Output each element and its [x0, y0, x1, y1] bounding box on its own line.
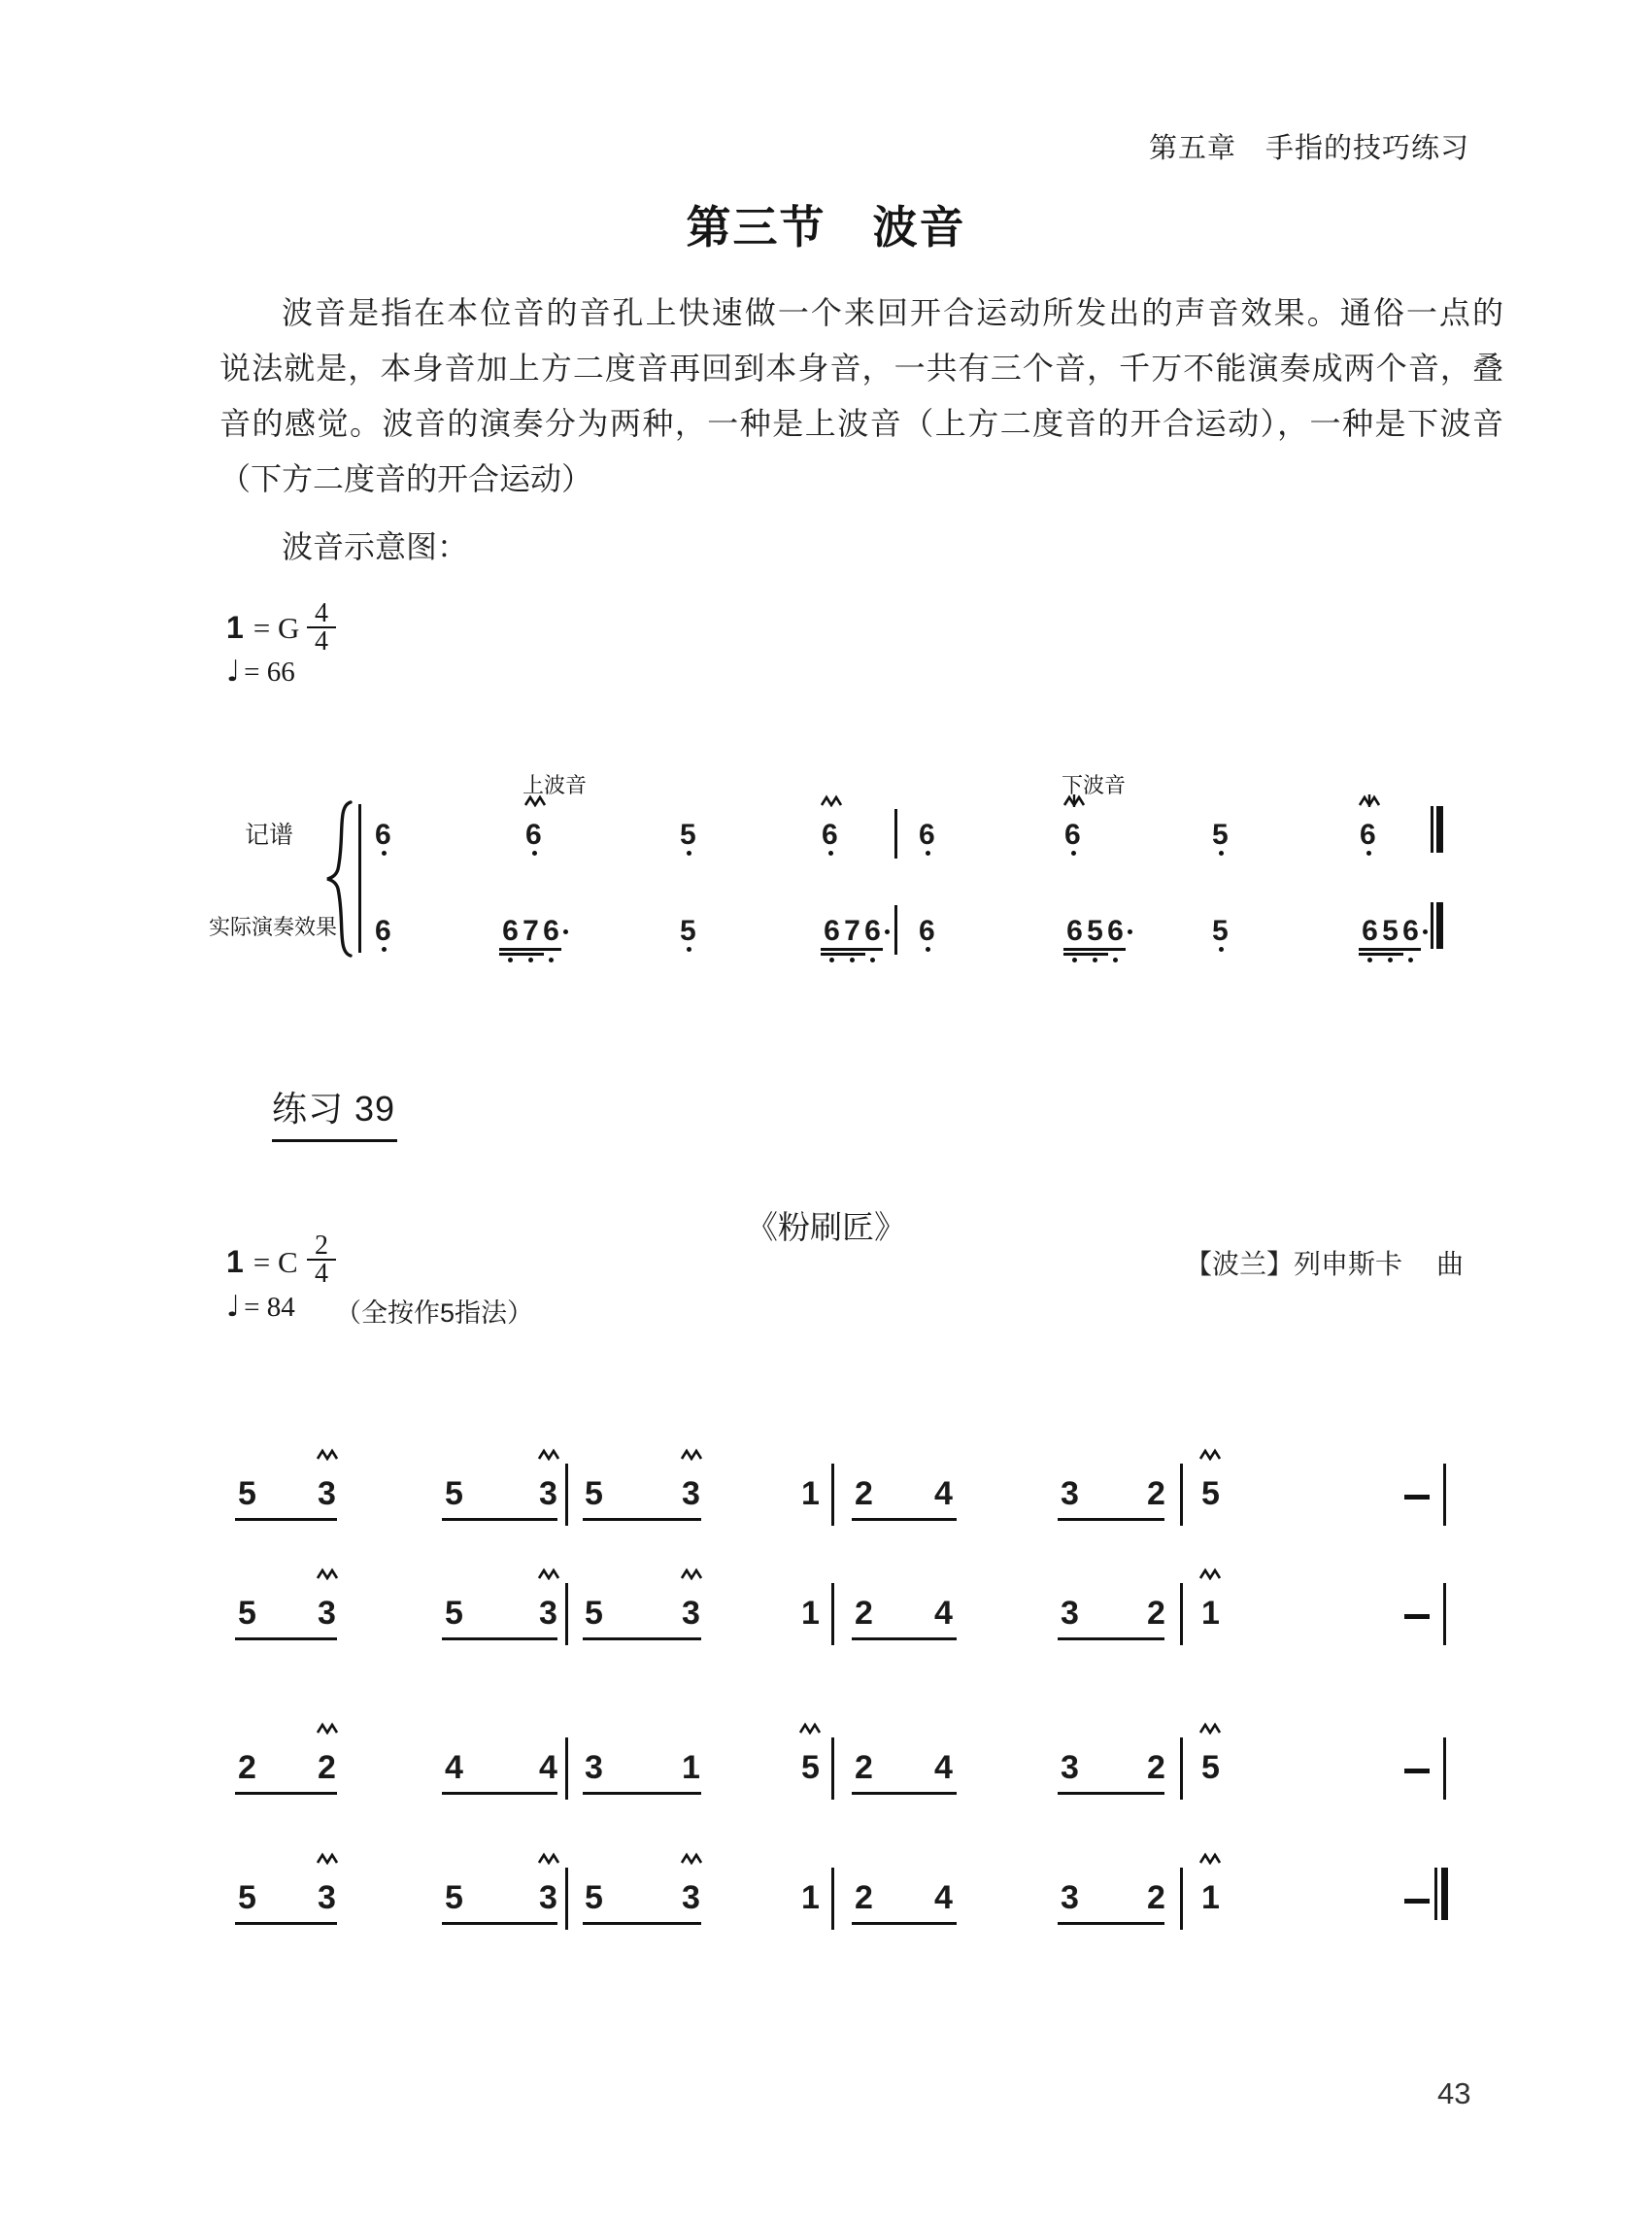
- note: 3: [682, 1597, 700, 1630]
- octave-dot: [926, 947, 930, 952]
- note: 3: [682, 1881, 700, 1914]
- octave-dot: [1408, 958, 1413, 962]
- note: 5: [585, 1477, 603, 1510]
- note: 3: [585, 1751, 603, 1784]
- dash-rest: [1404, 1899, 1430, 1904]
- octave-dot: [1113, 958, 1118, 962]
- note: 3: [539, 1881, 557, 1914]
- barline: [894, 809, 897, 859]
- barline: [1180, 1868, 1183, 1930]
- octave-dot: [528, 958, 533, 962]
- note-digit: 5: [680, 915, 696, 947]
- note: 4: [445, 1751, 463, 1784]
- section-title: 第三节 波音: [0, 192, 1652, 256]
- octave-dot: [508, 958, 513, 962]
- note-digit: 7: [842, 917, 862, 946]
- note: 5: [585, 1597, 603, 1630]
- upper-mordent-icon: [680, 1568, 703, 1580]
- octave-dot: [828, 851, 833, 856]
- upper-mordent-icon: [680, 1448, 703, 1461]
- upper-mordent-icon: [316, 1448, 339, 1461]
- final-barline: [1441, 1868, 1448, 1920]
- note-digit: 6: [500, 917, 521, 946]
- note: 1: [1201, 1597, 1220, 1630]
- note: 3: [1061, 1477, 1079, 1510]
- note: 2: [855, 1881, 873, 1914]
- paragraph-line: 音的感觉。波音的演奏分为两种，一种是上波音（上方二度音的开合运动），一种是下波音: [219, 396, 1503, 452]
- barline: [894, 905, 897, 955]
- upper-mordent-icon: [316, 1568, 339, 1580]
- exercise-meter-fraction: 24: [305, 1233, 338, 1286]
- note: 3: [318, 1477, 336, 1510]
- octave-dot: [1219, 851, 1224, 856]
- book-page: 第五章 手指的技巧练习 第三节 波音 波音是指在本位音的音孔上快速做一个来回开合…: [0, 0, 1652, 2225]
- dash-rest: [1404, 1495, 1430, 1500]
- tempo-value: = 66: [244, 657, 295, 688]
- note: 3: [1061, 1597, 1079, 1630]
- augmentation-dot: [1423, 929, 1428, 934]
- upper-mordent-icon: [798, 1722, 822, 1735]
- note-digit: 6: [919, 819, 935, 851]
- note-digit: 6: [375, 915, 391, 947]
- note-digit: 6: [862, 917, 883, 946]
- beam-underline: [583, 1922, 701, 1925]
- beam-underline: [583, 1518, 701, 1521]
- octave-dot: [1219, 947, 1224, 952]
- demo-meter-fraction: 44: [305, 601, 338, 654]
- octave-dot: [382, 947, 387, 952]
- demo-effect-group: 676: [822, 917, 883, 946]
- barline: [831, 1583, 834, 1645]
- note: 4: [539, 1751, 557, 1784]
- beam-underline: [235, 1518, 337, 1521]
- exercise-key-signature: 1= C: [226, 1244, 298, 1280]
- octave-dot: [382, 851, 387, 856]
- beam-underline: [583, 1637, 701, 1640]
- final-barline: [1436, 806, 1443, 853]
- demo-effect-group: 676: [500, 917, 561, 946]
- exercise-label: 练习 39: [272, 1082, 397, 1142]
- octave-dot: [532, 851, 537, 856]
- meter-numerator: 2: [305, 1233, 338, 1258]
- note: 1: [801, 1477, 820, 1510]
- effect-row-label: 实际演奏效果: [209, 911, 337, 941]
- beam-underline: [499, 953, 544, 956]
- note: 3: [539, 1477, 557, 1510]
- diagram-label: 波音示意图：: [282, 523, 468, 567]
- demo-note: 6: [1360, 821, 1376, 850]
- note-digit: 6: [541, 917, 561, 946]
- meter-numerator: 4: [305, 601, 338, 625]
- note: 5: [585, 1881, 603, 1914]
- upper-mordent-icon: [537, 1568, 560, 1580]
- note: 5: [1201, 1477, 1220, 1510]
- beam-underline: [1359, 953, 1403, 956]
- demo-note: 6: [375, 917, 391, 946]
- note: 3: [318, 1881, 336, 1914]
- note-digit: 5: [1212, 819, 1229, 851]
- note-digit: 6: [525, 819, 542, 851]
- beam-underline: [235, 1922, 337, 1925]
- beam-underline: [1058, 1637, 1164, 1640]
- demo-note: 6: [375, 821, 391, 850]
- octave-dot: [829, 958, 834, 962]
- final-barline: [1436, 902, 1443, 949]
- beam-underline: [1359, 948, 1421, 951]
- quarter-note-icon: ♩: [226, 655, 240, 689]
- beam-underline: [442, 1518, 557, 1521]
- note-digit: 6: [1064, 917, 1085, 946]
- upper-mordent-icon: [316, 1852, 339, 1865]
- paragraph-line: 波音是指在本位音的音孔上快速做一个来回开合运动所发出的声音效果。通俗一点的: [219, 286, 1503, 341]
- note-digit: 6: [1400, 917, 1421, 946]
- note: 3: [1061, 1751, 1079, 1784]
- demo-note: 6: [919, 917, 935, 946]
- upper-mordent-icon: [1198, 1852, 1222, 1865]
- lower-mordent-icon: [1358, 794, 1381, 807]
- note: 1: [801, 1881, 820, 1914]
- note: 3: [318, 1597, 336, 1630]
- demo-note: 5: [680, 821, 696, 850]
- demo-note: 5: [1212, 917, 1229, 946]
- note: 2: [1147, 1751, 1165, 1784]
- note: 5: [238, 1477, 256, 1510]
- note: 2: [1147, 1881, 1165, 1914]
- note: 2: [318, 1751, 336, 1784]
- upper-mordent-icon: [523, 794, 547, 807]
- beam-underline: [852, 1922, 957, 1925]
- beam-underline: [235, 1792, 337, 1795]
- barline: [1180, 1583, 1183, 1645]
- key-number: 1: [226, 1244, 244, 1279]
- beam-underline: [499, 948, 561, 951]
- octave-dot: [1388, 958, 1393, 962]
- final-barline: [1431, 902, 1433, 949]
- key-equals: = G: [253, 611, 300, 645]
- running-header: 第五章 手指的技巧练习: [1149, 126, 1469, 166]
- demo-note: 5: [1212, 821, 1229, 850]
- demo-note: 6: [822, 821, 838, 850]
- augmentation-dot: [885, 929, 890, 934]
- note: 1: [801, 1597, 820, 1630]
- page-number: 43: [1437, 2076, 1470, 2111]
- barline: [1443, 1737, 1446, 1800]
- demo-note: 6: [525, 821, 542, 850]
- note: 5: [445, 1881, 463, 1914]
- note: 3: [539, 1597, 557, 1630]
- note: 4: [934, 1751, 953, 1784]
- note: 2: [1147, 1477, 1165, 1510]
- upper-mordent-icon: [680, 1852, 703, 1865]
- demo-key-signature: 1= G: [226, 610, 299, 646]
- octave-dot: [1367, 958, 1372, 962]
- beam-underline: [852, 1518, 957, 1521]
- note: 1: [1201, 1881, 1220, 1914]
- barline: [565, 1737, 568, 1800]
- demo-tempo-marking: ♩= 66: [226, 655, 295, 689]
- note: 5: [238, 1597, 256, 1630]
- note-digit: 5: [1085, 917, 1105, 946]
- note-digit: 6: [822, 917, 842, 946]
- octave-dot: [926, 851, 930, 856]
- note: 3: [1061, 1881, 1079, 1914]
- composer-credit: 【波兰】列申斯卡 曲: [1185, 1243, 1464, 1282]
- upper-mordent-icon: [537, 1448, 560, 1461]
- key-number: 1: [226, 610, 244, 645]
- song-title: 《粉刷匠》: [0, 1202, 1652, 1248]
- upper-mordent-icon: [1198, 1722, 1222, 1735]
- beam-underline: [442, 1637, 557, 1640]
- beam-underline: [1063, 953, 1108, 956]
- beam-underline: [852, 1637, 957, 1640]
- tempo-value: = 84: [244, 1292, 295, 1323]
- barline: [831, 1868, 834, 1930]
- note: 5: [445, 1597, 463, 1630]
- meter-denominator: 4: [305, 1262, 338, 1286]
- exercise-tempo-marking: ♩= 84: [226, 1290, 295, 1324]
- note: 2: [1147, 1597, 1165, 1630]
- octave-dot: [687, 947, 691, 952]
- demo-note: 6: [1064, 821, 1081, 850]
- octave-dot: [549, 958, 554, 962]
- note-digit: 6: [1360, 917, 1380, 946]
- note-digit: 6: [1105, 917, 1126, 946]
- octave-dot: [687, 851, 691, 856]
- upper-mordent-icon: [1198, 1448, 1222, 1461]
- dash-rest: [1404, 1769, 1430, 1773]
- octave-dot: [1366, 851, 1371, 856]
- beam-underline: [821, 948, 883, 951]
- octave-dot: [870, 958, 875, 962]
- note: 5: [801, 1751, 820, 1784]
- barline: [831, 1737, 834, 1800]
- note: 5: [445, 1477, 463, 1510]
- barline: [1443, 1464, 1446, 1526]
- note-digit: 5: [1380, 917, 1400, 946]
- upper-mordent-icon: [537, 1852, 560, 1865]
- beam-underline: [852, 1792, 957, 1795]
- note-digit: 6: [1360, 819, 1376, 851]
- meter-denominator: 4: [305, 629, 338, 654]
- note-digit: 6: [375, 819, 391, 851]
- note-digit: 6: [919, 915, 935, 947]
- beam-underline: [442, 1792, 557, 1795]
- barline: [831, 1464, 834, 1526]
- note-digit: 6: [1064, 819, 1081, 851]
- note-digit: 6: [822, 819, 838, 851]
- beam-underline: [235, 1637, 337, 1640]
- note: 4: [934, 1477, 953, 1510]
- note: 5: [238, 1881, 256, 1914]
- barline: [565, 1868, 568, 1930]
- beam-underline: [1058, 1922, 1164, 1925]
- key-equals: = C: [253, 1245, 298, 1279]
- final-barline: [1431, 806, 1433, 853]
- note: 5: [1201, 1751, 1220, 1784]
- quarter-note-icon: ♩: [226, 1290, 240, 1324]
- octave-dot: [850, 958, 855, 962]
- note: 2: [855, 1477, 873, 1510]
- lower-mordent-icon: [1062, 794, 1086, 807]
- beam-underline: [583, 1792, 701, 1795]
- system-brace-icon: [323, 799, 354, 959]
- upper-mordent-icon: [1198, 1568, 1222, 1580]
- demo-effect-group: 656: [1360, 917, 1421, 946]
- octave-dot: [1072, 958, 1077, 962]
- note-digit: 5: [1212, 915, 1229, 947]
- notation-row-label: 记谱: [245, 816, 293, 851]
- note: 1: [682, 1751, 700, 1784]
- note: 4: [934, 1597, 953, 1630]
- note: 2: [238, 1751, 256, 1784]
- barline: [565, 1583, 568, 1645]
- body-paragraph: 波音是指在本位音的音孔上快速做一个来回开合运动所发出的声音效果。通俗一点的 说法…: [219, 286, 1503, 507]
- barline: [565, 1464, 568, 1526]
- fingering-note: （全按作5指法）: [335, 1292, 533, 1330]
- demo-note: 6: [919, 821, 935, 850]
- dash-rest: [1404, 1614, 1430, 1619]
- barline: [1443, 1583, 1446, 1645]
- note: 3: [682, 1477, 700, 1510]
- octave-dot: [1071, 851, 1076, 856]
- note-digit: 7: [521, 917, 541, 946]
- final-barline: [1434, 1868, 1437, 1920]
- barline: [1180, 1737, 1183, 1800]
- paragraph-line: 说法就是，本身音加上方二度音再回到本身音，一共有三个音，千万不能演奏成两个音，叠: [219, 341, 1503, 396]
- beam-underline: [1058, 1792, 1164, 1795]
- beam-underline: [1063, 948, 1126, 951]
- beam-underline: [442, 1922, 557, 1925]
- demo-note: 5: [680, 917, 696, 946]
- barline: [1180, 1464, 1183, 1526]
- note: 2: [855, 1597, 873, 1630]
- octave-dot: [1093, 958, 1097, 962]
- note: 2: [855, 1751, 873, 1784]
- augmentation-dot: [1128, 929, 1132, 934]
- beam-underline: [821, 953, 865, 956]
- upper-mordent-icon: [820, 794, 843, 807]
- beam-underline: [1058, 1518, 1164, 1521]
- upper-mordent-icon: [316, 1722, 339, 1735]
- note: 4: [934, 1881, 953, 1914]
- augmentation-dot: [563, 929, 568, 934]
- paragraph-line: （下方二度音的开合运动）: [219, 452, 1503, 507]
- system-barline: [358, 804, 361, 953]
- demo-effect-group: 656: [1064, 917, 1126, 946]
- note-digit: 5: [680, 819, 696, 851]
